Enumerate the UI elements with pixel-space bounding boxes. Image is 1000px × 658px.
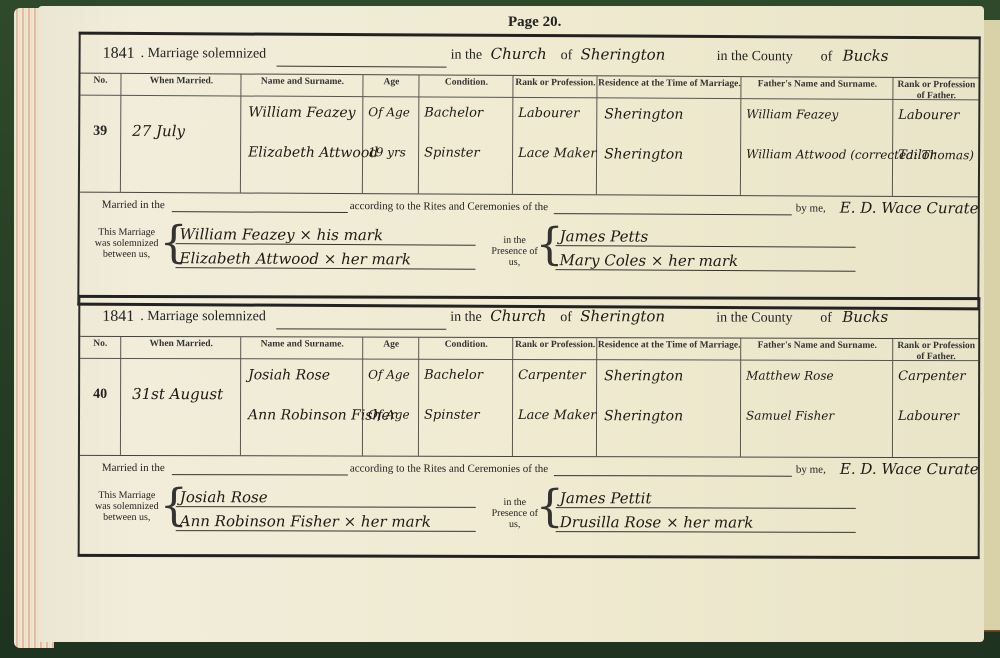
witness-1: James Petts (560, 227, 649, 245)
column-header: Rank or Profession. (513, 340, 597, 351)
entry-number: 39 (80, 124, 120, 140)
entry-table: No.When Married.Name and Surname.AgeCond… (80, 73, 979, 198)
presence-label: in the Presence of us, (490, 497, 540, 530)
year: 1841 (102, 308, 134, 326)
entry-heading: 1841. Marriage solemnizedin theChurchofS… (81, 35, 979, 78)
groom-profession: Labourer (518, 106, 579, 121)
groom-residence: Sherington (604, 368, 683, 384)
bride-father-name: Samuel Fisher (746, 409, 834, 423)
place-type: Church (491, 45, 547, 63)
bride-residence: Sherington (604, 408, 683, 424)
county: Bucks (842, 308, 888, 326)
officiant: E. D. Wace Curate (840, 199, 979, 218)
groom-profession: Carpenter (518, 368, 585, 383)
solemnized-label: . Marriage solemnized (140, 309, 266, 325)
column-header: Rank or Profession of Father. (893, 341, 979, 363)
bride-age: 19 yrs (368, 145, 406, 159)
marriage-entry-40: 1841. Marriage solemnizedin theChurchofS… (78, 295, 981, 559)
officiant: E. D. Wace Curate (840, 460, 979, 478)
witness-1: James Pettit (560, 489, 652, 507)
bride-father-profession: Labourer (898, 409, 959, 424)
groom-father-name: Matthew Rose (746, 369, 834, 383)
entry-heading: 1841. Marriage solemnizedin theChurchofS… (80, 298, 978, 338)
signature-groom: Josiah Rose (180, 488, 268, 506)
bride-condition: Spinster (424, 408, 480, 423)
entry-number: 40 (80, 387, 120, 403)
entry-table: No.When Married.Name and Surname.AgeCond… (80, 336, 978, 458)
bride-profession: Lace Maker (518, 146, 596, 161)
marriage-entry-39: 1841. Marriage solemnizedin theChurchofS… (77, 32, 980, 311)
column-header: No. (80, 76, 120, 87)
signature-bride: Ann Robinson Fisher × her mark (180, 512, 431, 531)
column-header: Age (363, 77, 419, 88)
groom-residence: Sherington (604, 106, 683, 122)
bride-age: Of Age (368, 408, 410, 422)
column-header: Age (363, 340, 419, 351)
solemnized-between-label: This Marriage was solemnized between us, (92, 227, 162, 260)
groom-name: Josiah Rose (248, 367, 330, 383)
groom-age: Of Age (368, 105, 410, 119)
when-married: 31st August (132, 385, 223, 403)
entry-footer: Married in theaccording to the Rites and… (80, 454, 978, 556)
county-label: in the County (717, 49, 793, 65)
of-label: of (821, 50, 833, 66)
column-header: When Married. (121, 76, 241, 88)
column-header: Rank or Profession of Father. (893, 80, 979, 102)
when-married: 27 July (132, 122, 185, 140)
bride-father-name: William Attwood (corrected: Thomas) (746, 147, 974, 162)
year: 1841 (103, 45, 135, 63)
county: Bucks (843, 47, 889, 65)
county-label: in the County (716, 310, 792, 326)
groom-father-profession: Carpenter (898, 369, 965, 384)
page-number: Page 20. (508, 14, 561, 31)
bride-condition: Spinster (424, 145, 480, 160)
bride-name: Elizabeth Attwood (248, 145, 378, 162)
groom-name: William Feazey (248, 105, 355, 122)
column-header: Name and Surname. (241, 76, 363, 88)
of-label: of (820, 311, 832, 327)
groom-father-profession: Labourer (898, 108, 959, 123)
solemnized-between-label: This Marriage was solemnized between us, (92, 490, 162, 523)
groom-condition: Bachelor (424, 368, 483, 383)
column-header: Rank or Profession. (513, 78, 597, 89)
column-header: Name and Surname. (241, 339, 363, 350)
column-header: Father's Name and Surname. (741, 341, 893, 352)
column-header: Condition. (419, 77, 513, 88)
groom-father-name: William Feazey (746, 107, 838, 121)
signature-groom: William Feazey × his mark (180, 225, 383, 244)
column-header: Father's Name and Surname. (741, 79, 893, 91)
column-header: No. (80, 339, 120, 350)
bride-residence: Sherington (604, 146, 683, 162)
in-the-label: in the (451, 48, 483, 64)
bride-profession: Lace Maker (518, 408, 596, 423)
in-the-label: in the (450, 310, 482, 326)
bride-father-profession: Tailor (898, 148, 936, 163)
parish: Sherington (581, 45, 666, 63)
presence-label: in the Presence of us, (489, 235, 539, 268)
witness-2: Drusilla Rose × her mark (560, 513, 754, 532)
parish: Sherington (580, 307, 665, 325)
column-header: Residence at the Time of Marriage. (597, 78, 741, 90)
of-label: of (560, 310, 572, 326)
signature-bride: Elizabeth Attwood × her mark (179, 249, 411, 268)
solemnized-label: . Marriage solemnized (141, 46, 267, 63)
column-header: When Married. (121, 339, 241, 350)
of-label: of (561, 48, 573, 64)
place-type: Church (490, 307, 546, 325)
witness-2: Mary Coles × her mark (559, 251, 738, 270)
groom-condition: Bachelor (424, 105, 483, 120)
column-header: Condition. (419, 340, 513, 351)
entry-footer: Married in theaccording to the Rites and… (79, 191, 978, 308)
column-header: Residence at the Time of Marriage. (597, 340, 741, 351)
groom-age: Of Age (368, 368, 410, 382)
